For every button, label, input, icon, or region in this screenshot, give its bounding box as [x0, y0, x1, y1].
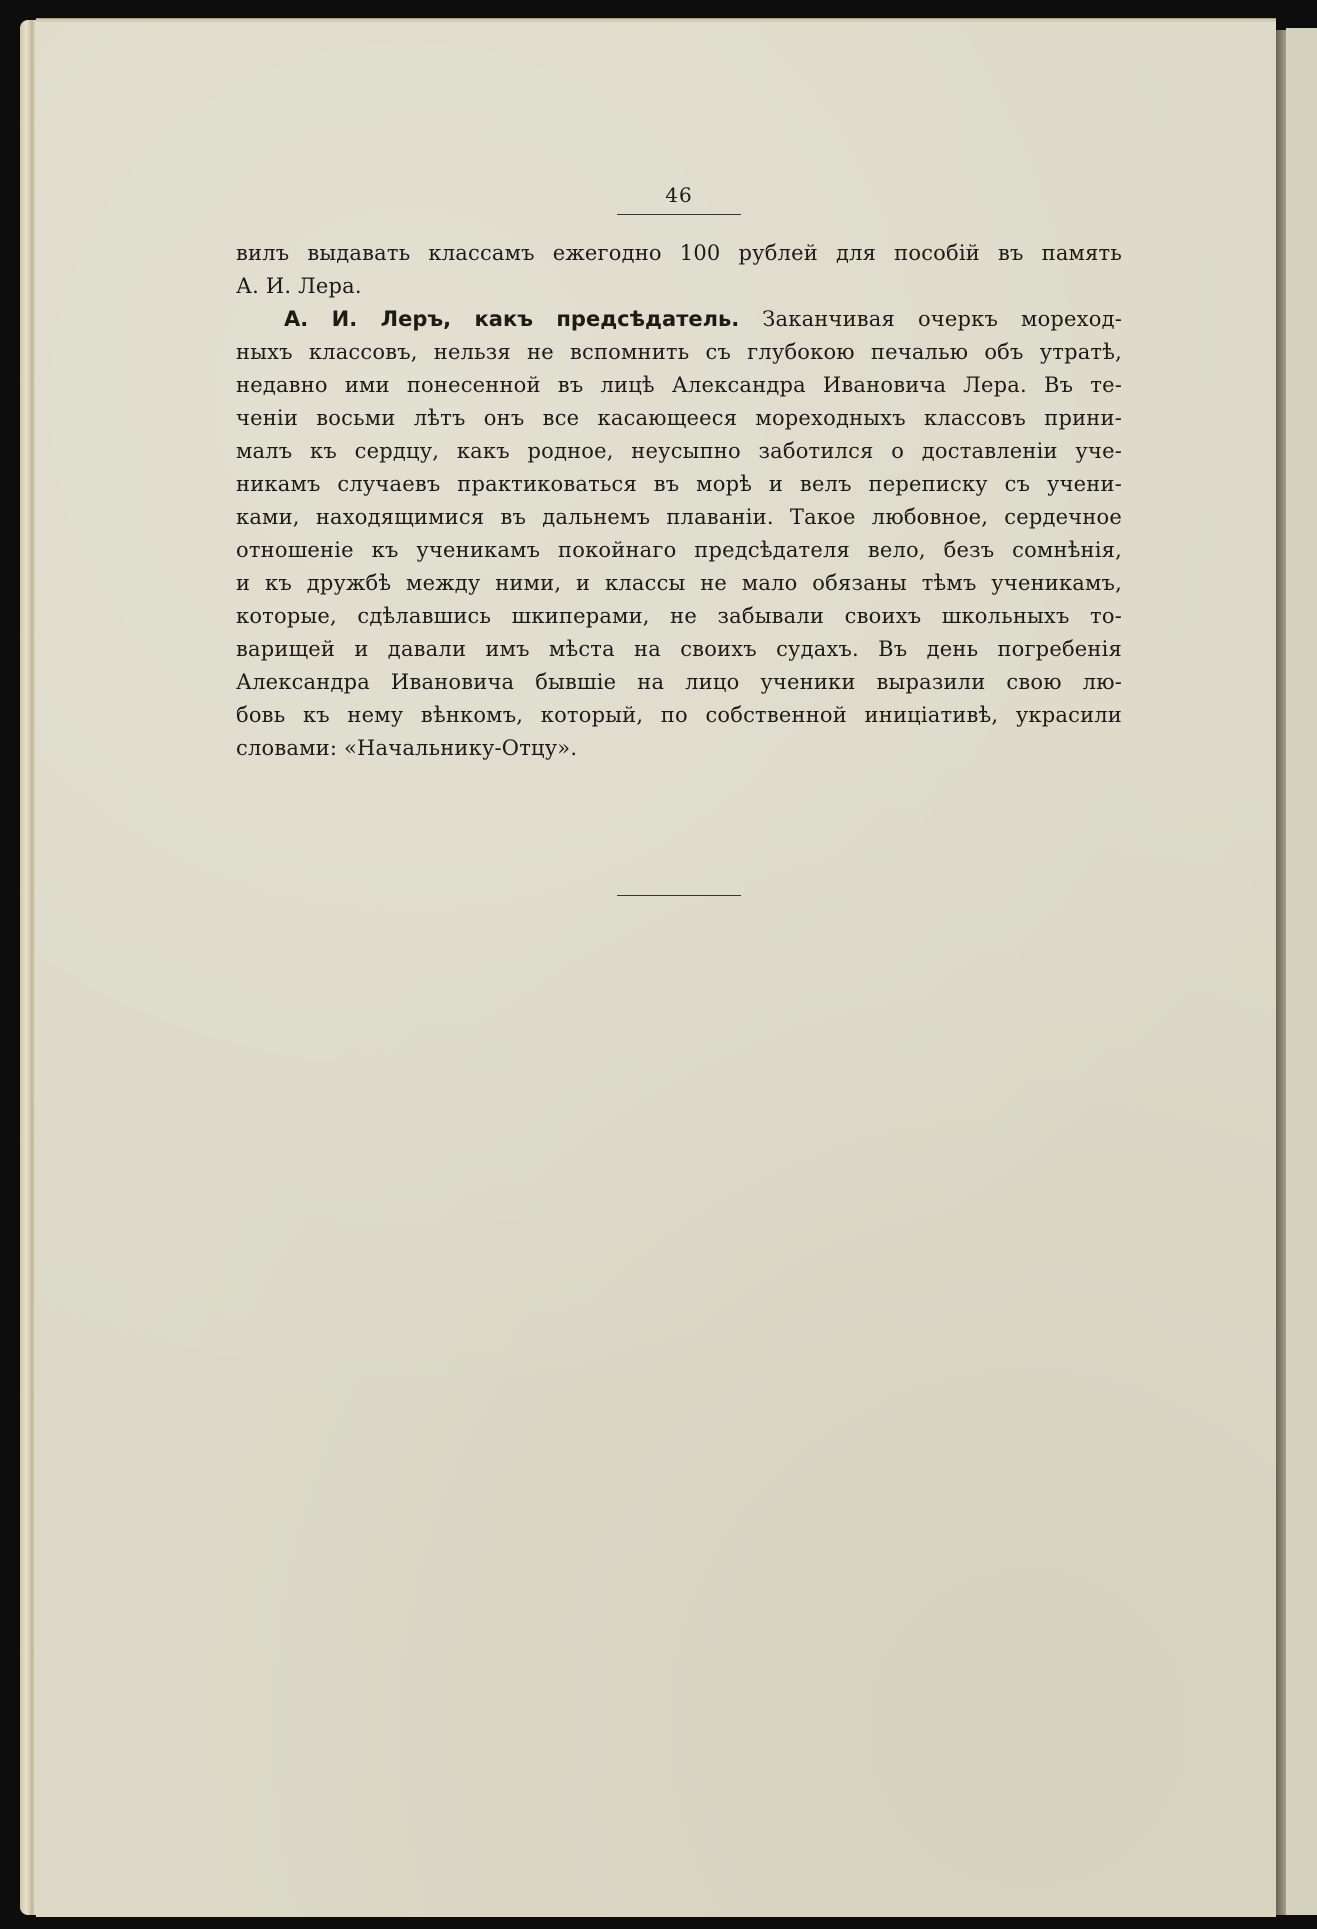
section-heading: А. И. Леръ, какъ предсѣдатель. [284, 307, 739, 331]
text-line: А. И. Лера. [236, 270, 1122, 303]
facing-page-edge [1286, 28, 1317, 1915]
text-line: никамъ случаевъ практиковаться въ морѣ и… [236, 468, 1122, 501]
text-line: варищей и давали имъ мѣста на своихъ суд… [236, 633, 1122, 666]
text-line: ныхъ классовъ, нельзя не вспомнить съ гл… [236, 336, 1122, 369]
text-line: вилъ выдавать классамъ ежегодно 100 рубл… [236, 237, 1122, 270]
header-rule [617, 214, 741, 215]
text-line: которые, сдѣлавшись шкиперами, не забыва… [236, 600, 1122, 633]
text-line: Александра Ивановича бывшіе на лицо учен… [236, 666, 1122, 699]
book-gutter [1276, 30, 1286, 1915]
page-content: 46 вилъ выдавать классамъ ежегодно 100 р… [236, 180, 1122, 896]
text-line: недавно ими понесенной въ лицѣ Александр… [236, 369, 1122, 402]
text-line: бовь къ нему вѣнкомъ, который, по собств… [236, 699, 1122, 732]
text-line: и къ дружбѣ между ними, и классы не мало… [236, 567, 1122, 600]
section-first-line-text: Заканчивая очеркъ мореход- [762, 307, 1122, 331]
end-rule [617, 895, 741, 896]
text-line: отношеніе къ ученикамъ покойнаго предсѣд… [236, 534, 1122, 567]
text-line: словами: «Начальнику-Отцу». [236, 732, 1122, 765]
text-line: ченіи восьми лѣтъ онъ все касающееся мор… [236, 402, 1122, 435]
text-line: ками, находящимися въ дальнемъ плаваніи.… [236, 501, 1122, 534]
page-number: 46 [236, 180, 1122, 210]
text-line: малъ къ сердцу, какъ родное, неусыпно за… [236, 435, 1122, 468]
section-first-line: А. И. Леръ, какъ предсѣдатель. Заканчива… [236, 303, 1122, 336]
